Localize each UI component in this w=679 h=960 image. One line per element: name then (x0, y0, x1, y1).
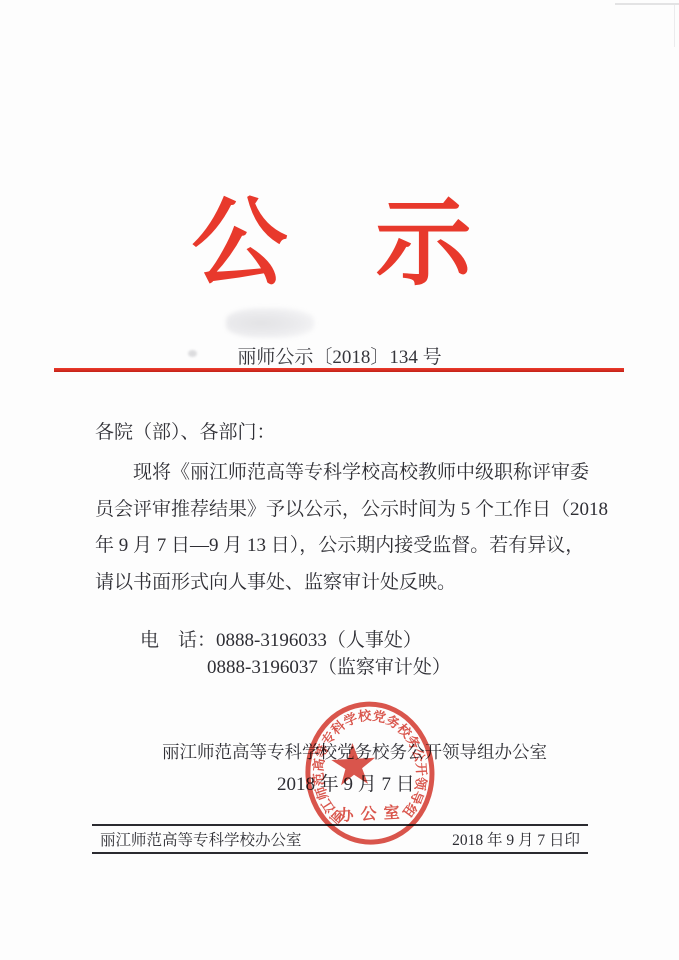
notice-title: 公 示 (0, 192, 671, 296)
document-number: 丽师公示〔2018〕134 号 (0, 342, 679, 369)
salutation-line: 各院（部）、各部门： (95, 417, 276, 444)
footer-issuing-office: 丽江师范高等专科学校办公室 (100, 828, 302, 850)
body-line: 请以书面形式向人事处、监察审计处反映。 (95, 565, 610, 602)
scan-artifact-top-edge (615, 3, 679, 5)
phone-line-personnel: 电 话：0888-3196033（人事处） (140, 625, 422, 652)
body-line: 现将《丽江师范高等专科学校高校教师中级职称评审委 (95, 455, 610, 492)
body-line: 员会评审推荐结果》予以公示，公示时间为 5 个工作日（2018 (95, 492, 610, 529)
body-line: 年 9 月 7 日—9 月 13 日），公示期内接受监督。若有异议， (95, 528, 610, 565)
scan-artifact-right-edge (674, 3, 676, 47)
scan-smudge (226, 308, 314, 338)
notice-title-char-left: 公 (192, 192, 288, 296)
phone-line-audit: 0888-3196037（监察审计处） (207, 652, 451, 679)
official-seal-stamp: 丽江师范高等专科学校党务校务公开领导组 办公室 (298, 693, 446, 854)
seal-bottom-text: 办公室 (337, 802, 407, 825)
red-divider-rule (54, 368, 624, 372)
notice-title-char-right: 示 (376, 192, 472, 296)
scanned-notice-page: 公 示 丽师公示〔2018〕134 号 各院（部）、各部门： 现将《丽江师范高等… (0, 0, 679, 960)
seal-star-icon (330, 742, 376, 786)
footer-print-date: 2018 年 9 月 7 日印 (452, 828, 580, 850)
notice-body: 现将《丽江师范高等专科学校高校教师中级职称评审委 员会评审推荐结果》予以公示，公… (95, 455, 610, 601)
